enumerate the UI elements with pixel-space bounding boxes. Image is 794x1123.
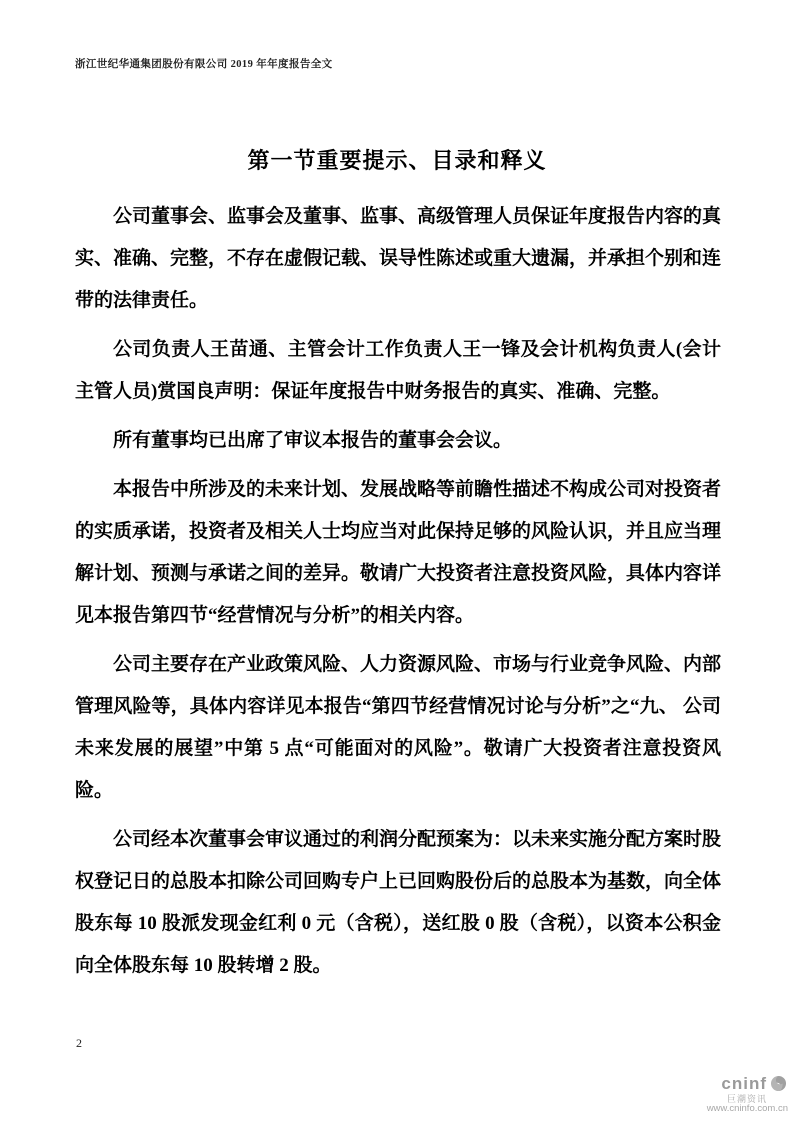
document-body: 公司董事会、监事会及董事、监事、高级管理人员保证年度报告内容的真实、准确、完整，…	[75, 196, 721, 994]
report-page: 浙江世纪华通集团股份有限公司 2019 年年度报告全文 第一节重要提示、目录和释…	[0, 0, 794, 1123]
cninfo-watermark: cninf 巨潮资讯 www.cninfo.com.cn	[707, 1074, 788, 1115]
cninfo-url: www.cninfo.com.cn	[707, 1104, 788, 1115]
paragraph-profit-distribution-plan: 公司经本次董事会审议通过的利润分配预案为：以未来实施分配方案时股权登记日的总股本…	[75, 819, 721, 987]
page-number: 2	[76, 1036, 82, 1051]
cninfo-swirl-icon	[769, 1074, 788, 1093]
paragraph-risk-factors: 公司主要存在产业政策风险、人力资源风险、市场与行业竞争风险、内部管理风险等，具体…	[75, 644, 721, 812]
paragraph-board-guarantee: 公司董事会、监事会及董事、监事、高级管理人员保证年度报告内容的真实、准确、完整，…	[75, 196, 721, 322]
document-header: 浙江世纪华通集团股份有限公司 2019 年年度报告全文	[75, 56, 333, 71]
paragraph-forward-looking-statements: 本报告中所涉及的未来计划、发展战略等前瞻性描述不构成公司对投资者的实质承诺，投资…	[75, 469, 721, 637]
paragraph-directors-attendance: 所有董事均已出席了审议本报告的董事会会议。	[75, 420, 721, 462]
section-title: 第一节重要提示、目录和释义	[0, 144, 794, 175]
cninfo-logo-text: cninf	[721, 1074, 767, 1094]
paragraph-responsible-persons: 公司负责人王苗通、主管会计工作负责人王一锋及会计机构负责人(会计主管人员)赏国良…	[75, 329, 721, 413]
